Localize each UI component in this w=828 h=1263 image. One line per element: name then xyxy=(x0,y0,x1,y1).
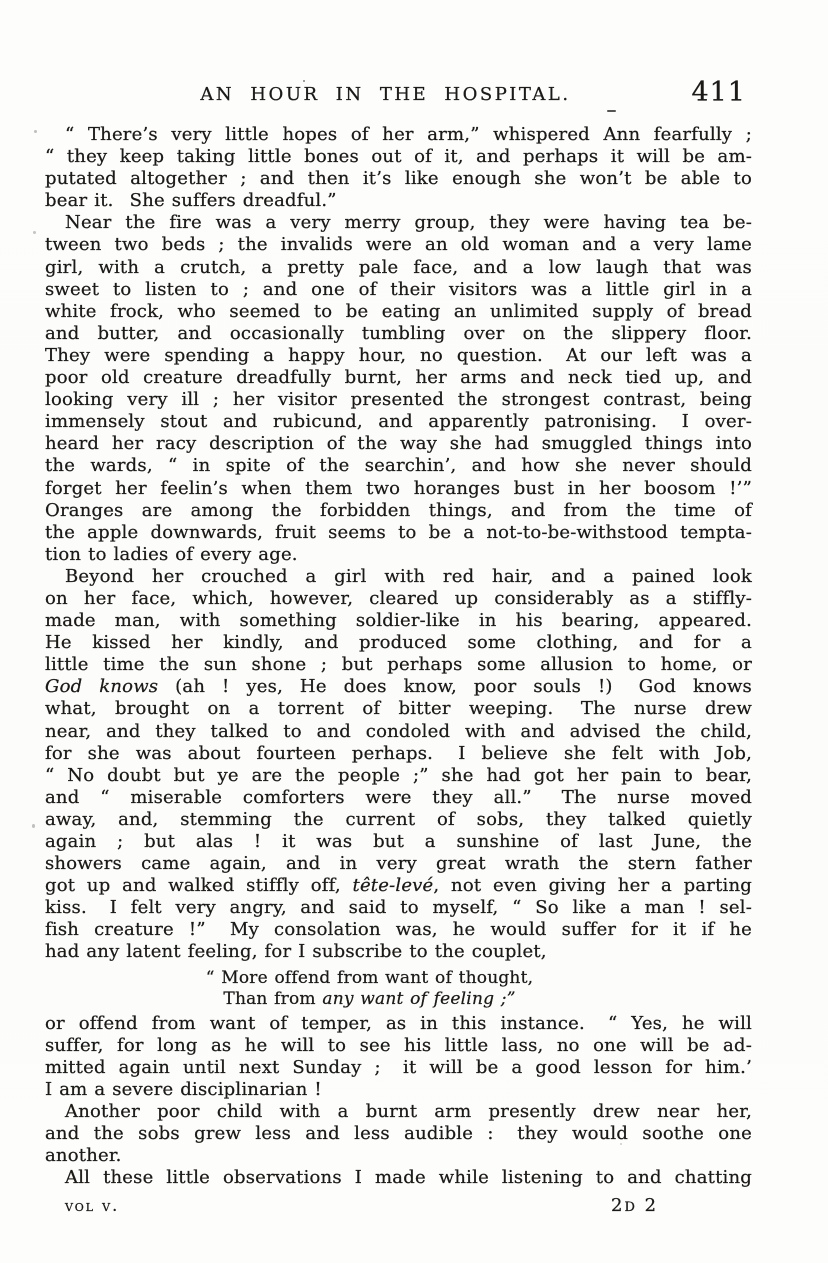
running-header: AN HOUR IN THE HOSPITAL. 411 xyxy=(45,84,752,105)
text-line: and butter, and occasionally tumbling ov… xyxy=(45,323,752,345)
paragraph-3: Beyond her crouched a girl with red hair… xyxy=(45,566,752,964)
text-line: tion to ladies of every age. xyxy=(45,544,752,566)
paragraph-2: Near the fire was a very merry group, th… xyxy=(45,212,752,566)
text-line: forget her feelin’s when them two horang… xyxy=(45,478,752,500)
text-line: He kissed her kindly, and produced some … xyxy=(45,632,752,654)
text-line: “ they keep taking little bones out of i… xyxy=(45,146,752,168)
text-line: immensely stout and rubicund, and appare… xyxy=(45,411,752,433)
text-line: tween two beds ; the invalids were an ol… xyxy=(45,234,752,256)
text-line: kiss. I felt very angry, and said to mys… xyxy=(45,897,752,919)
text-line: heard her racy description of the way sh… xyxy=(45,433,752,455)
text-line: away, and, stemming the current of sobs,… xyxy=(45,809,752,831)
scan-speck xyxy=(33,231,36,234)
text-line: poor old creature dreadfully burnt, her … xyxy=(45,367,752,389)
scan-speck xyxy=(34,130,37,133)
text-line: another. xyxy=(45,1145,752,1167)
text-line: All these little observations I made whi… xyxy=(45,1167,752,1189)
text-line: mitted again until next Sunday ; it will… xyxy=(45,1057,752,1079)
text-line: sweet to listen to ; and one of their vi… xyxy=(45,279,752,301)
volume-label: vol v. xyxy=(45,1196,119,1215)
italic-phrase: any want of feeling ;” xyxy=(322,989,515,1009)
text-line: Near the fire was a very merry group, th… xyxy=(45,212,752,234)
text-line: the wards, “ in spite of the searchin’, … xyxy=(45,455,752,477)
text-line: had any latent feeling, for I subscribe … xyxy=(45,941,752,963)
text-segment: got up and walked stiffly off, xyxy=(45,875,353,896)
text-line: little time the sun shone ; but perhaps … xyxy=(45,654,752,676)
scan-speck xyxy=(303,80,305,82)
text-line: got up and walked stiffly off, tête-levé… xyxy=(45,875,752,897)
text-line: Oranges are among the forbidden things, … xyxy=(45,500,752,522)
scan-speck xyxy=(32,824,35,828)
text-line: God knows (ah ! yes, He does know, poor … xyxy=(45,676,752,698)
paragraph-5: Another poor child with a burnt arm pres… xyxy=(45,1101,752,1167)
verse-line: “ More offend from want of thought, xyxy=(45,968,694,989)
text-line: I am a severe disciplinarian ! xyxy=(45,1079,752,1101)
text-line: “ No doubt but ye are the people ;” she … xyxy=(45,765,752,787)
verse-line: Than from any want of feeling ;” xyxy=(45,989,694,1010)
text-line: bear it. She suffers dreadful.” xyxy=(45,190,752,212)
italic-phrase: tête-levé xyxy=(353,875,434,896)
text-line: suffer, for long as he will to see his l… xyxy=(45,1035,752,1057)
text-line: what, brought on a torrent of bitter wee… xyxy=(45,698,752,720)
page-body-text: “ There’s very little hopes of her arm,”… xyxy=(45,124,752,1189)
text-line: looking very ill ; her visitor presented… xyxy=(45,389,752,411)
text-line: girl, with a crutch, a pretty pale face,… xyxy=(45,257,752,279)
text-line: and the sobs grew less and less audible … xyxy=(45,1123,752,1145)
text-line: on her face, which, however, cleared up … xyxy=(45,588,752,610)
text-line: Another poor child with a burnt arm pres… xyxy=(45,1101,752,1123)
text-line: showers came again, and in very great wr… xyxy=(45,853,752,875)
verse-couplet: “ More offend from want of thought, Than… xyxy=(45,968,694,1010)
text-line: the apple downwards, fruit seems to be a… xyxy=(45,522,752,544)
text-line: again ; but alas ! it was but a sunshine… xyxy=(45,831,752,853)
text-line: made man, with something soldier-like in… xyxy=(45,610,752,632)
scanned-page: AN HOUR IN THE HOSPITAL. 411 “ There’s v… xyxy=(0,0,828,1263)
text-segment: , not even giving her a parting xyxy=(433,875,752,896)
text-line: or offend from want of temper, as in thi… xyxy=(45,1013,752,1035)
page-footer: vol v. 2d 2 xyxy=(45,1196,752,1215)
running-header-title: AN HOUR IN THE HOSPITAL. xyxy=(45,84,752,105)
paragraph-4: or offend from want of temper, as in thi… xyxy=(45,1013,752,1101)
paragraph-6: All these little observations I made whi… xyxy=(45,1167,752,1189)
text-line: white frock, who seemed to be eating an … xyxy=(45,301,752,323)
text-line: They were spending a happy hour, no ques… xyxy=(45,345,752,367)
text-line: fish creature !” My consolation was, he … xyxy=(45,919,752,941)
text-line: for she was about fourteen perhaps. I be… xyxy=(45,743,752,765)
page-number: 411 xyxy=(691,77,746,108)
paragraph-1: “ There’s very little hopes of her arm,”… xyxy=(45,124,752,212)
text-line: and “ miserable comforters were they all… xyxy=(45,787,752,809)
scan-mark xyxy=(607,110,616,112)
text-line: near, and they talked to and condoled wi… xyxy=(45,721,752,743)
text-segment: Than from xyxy=(223,989,322,1009)
text-line: “ There’s very little hopes of her arm,”… xyxy=(45,124,752,146)
text-line: Beyond her crouched a girl with red hair… xyxy=(45,566,752,588)
printers-signature: 2d 2 xyxy=(611,1195,658,1216)
scan-speck xyxy=(620,1143,622,1145)
text-line: putated altogether ; and then it’s like … xyxy=(45,168,752,190)
text-segment: (ah ! yes, He does know, poor souls !) G… xyxy=(158,676,752,697)
italic-phrase: God knows xyxy=(45,676,158,697)
